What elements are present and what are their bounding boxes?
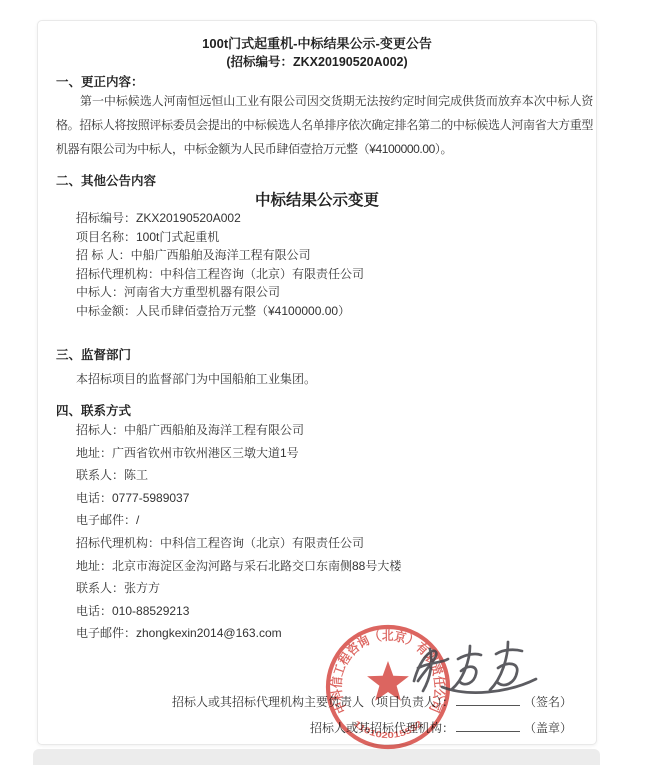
contact-line: 联系人：陈工 (76, 464, 401, 487)
contact-line: 地址：广西省钦州市钦州港区三墩大道1号 (76, 442, 401, 465)
signature-stroke (452, 646, 481, 689)
document-page: 100t门式起重机-中标结果公示-变更公告 (招标编号：ZKX20190520A… (37, 20, 597, 745)
result-change-title: 中标结果公示变更 (38, 188, 596, 210)
bid-info-list: 招标编号：ZKX20190520A002 项目名称：100t门式起重机 招 标 … (76, 209, 364, 321)
contact-line: 招标代理机构：中科信工程咨询（北京）有限责任公司 (76, 532, 401, 555)
handwritten-signature (406, 635, 546, 713)
bid-info-line: 招标编号：ZKX20190520A002 (76, 209, 364, 228)
page-title: 100t门式起重机-中标结果公示-变更公告 (38, 33, 596, 52)
contact-line: 地址：北京市海淀区金沟河路与采石北路交口东南侧88号大楼 (76, 555, 401, 578)
section-2-heading: 二、其他公告内容 (56, 171, 156, 189)
seal-number-text: 110102015532 (352, 718, 424, 740)
section-4-heading: 四、联系方式 (56, 401, 131, 419)
signature-stroke (490, 642, 522, 690)
seal-blank (456, 719, 520, 732)
contact-line: 电子邮件：/ (76, 509, 401, 532)
seal-suffix: （盖章） (524, 721, 572, 735)
notice-number-subtitle: (招标编号：ZKX20190520A002) (38, 52, 596, 70)
supervision-text: 本招标项目的监督部门为中国船舶工业集团。 (76, 370, 316, 387)
section-1-heading: 一、更正内容： (56, 72, 144, 90)
correction-paragraph: 第一中标候选人河南恒远恒山工业有限公司因交货期无法按约定时间完成供货而放弃本次中… (56, 89, 593, 161)
bid-info-line: 招标代理机构：中科信工程咨询（北京）有限责任公司 (76, 265, 364, 284)
bid-info-line: 项目名称：100t门式起重机 (76, 228, 364, 247)
seal-star-icon (367, 661, 409, 701)
contact-line: 联系人：张方方 (76, 577, 401, 600)
bid-info-line: 中标人：河南省大方重型机器有限公司 (76, 283, 364, 302)
signature-stroke (414, 649, 436, 691)
contact-line: 电话：0777-5989037 (76, 487, 401, 510)
section-3-heading: 三、监督部门 (56, 345, 131, 363)
document-viewer: { "page": { "title": "100t门式起重机-中标结果公示-变… (0, 0, 645, 765)
contact-line: 招标人：中船广西船舶及海洋工程有限公司 (76, 419, 401, 442)
svg-text:110102015532: 110102015532 (352, 718, 424, 740)
bid-info-line: 招 标 人：中船广西船舶及海洋工程有限公司 (76, 246, 364, 265)
bid-info-line: 中标金额：人民币肆佰壹拾万元整（¥4100000.00） (76, 302, 364, 321)
